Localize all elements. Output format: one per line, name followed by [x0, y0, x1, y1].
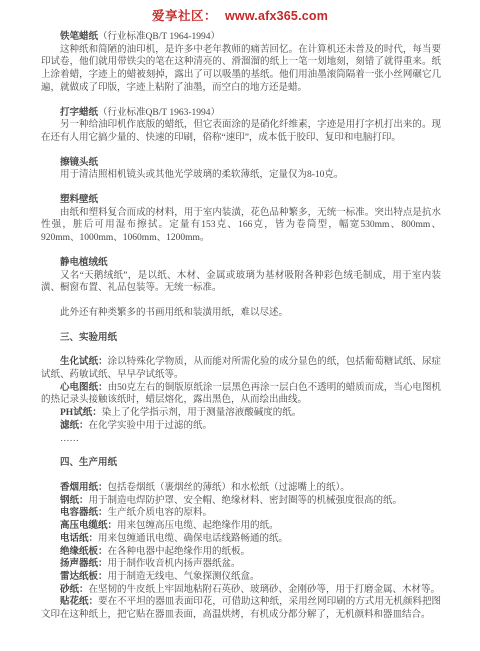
definition-term: 绝缘纸板： [60, 547, 108, 557]
definition-item: 滤纸：在化学实验中用于过滤的纸。 [41, 420, 441, 433]
site-header: 爱享社区：www.afx365.com [0, 0, 480, 24]
definition-text: 用来包缠高压电缆、起绝缘作用的纸。 [117, 521, 279, 531]
definition-text: 用来包缠通讯电缆、确保电话线路畅通的纸。 [98, 534, 288, 544]
definition-term: 砂纸： [60, 585, 89, 595]
definition-text: 染上了化学指示剂，用于测量溶液酸碱度的纸。 [102, 408, 302, 418]
entry-title-text: 打字蜡纸 [60, 108, 98, 118]
definition-term: 高压电缆纸： [60, 521, 117, 531]
paper-entry: 铁笔蜡纸（行业标准QB/T 1964-1994）这种纸和简陋的油印机，是许多中老… [41, 31, 441, 95]
paper-entry: 打字蜡纸（行业标准QB/T 1963-1994）另一种给油印机作底版的蜡纸，但它… [41, 107, 441, 145]
entry-title-line: 擦镜头纸 [41, 157, 441, 170]
site-name-label: 爱享社区： [152, 9, 217, 23]
definition-term: 雷达纸板： [60, 572, 108, 582]
definition-text: 包括卷烟纸（裹烟丝的薄纸）和水松纸（过滤嘴上的纸）。 [108, 483, 350, 493]
definition-list: 生化试纸：涂以特殊化学物质，从而能对所需化验的成分显色的纸，包括葡萄糖试纸、尿症… [41, 356, 441, 445]
definition-item: 贴花纸：要在不平坦的器皿表面印花，可借助这种纸，采用丝网印刷的方式用无机颜料把图… [41, 596, 441, 621]
definition-item: 电容器纸：生产纸介质电容的原料。 [41, 507, 441, 520]
definition-term: 香烟用纸： [60, 483, 108, 493]
definition-term: 钢纸： [60, 496, 89, 506]
document-content: 铁笔蜡纸（行业标准QB/T 1964-1994）这种纸和简陋的油印机，是许多中老… [0, 24, 480, 622]
entry-body-text: 另一种给油印机作底版的蜡纸，但它表面涂的是硝化纤维素，字迹是用打字机打出来的。现… [41, 119, 441, 144]
definition-text: 在各种电器中起绝缘作用的纸板。 [108, 547, 251, 557]
definition-item: 扬声器纸：用于制作收音机内扬声器纸盆。 [41, 558, 441, 571]
entry-title-line: 铁笔蜡纸（行业标准QB/T 1964-1994） [41, 31, 441, 44]
entry-title-line: 塑料壁纸 [41, 194, 441, 207]
definition-item: 香烟用纸：包括卷烟纸（裹烟丝的薄纸）和水松纸（过滤嘴上的纸）。 [41, 482, 441, 495]
entry-title-line: 静电植绒纸 [41, 257, 441, 270]
section-title: 四、生产用纸 [41, 457, 441, 470]
paper-entry: 擦镜头纸用于清洁照相机镜头或其他光学玻璃的柔软薄纸，定量仅为8-10克。 [41, 157, 441, 182]
definition-item: 砂纸：在坚韧的牛皮纸上牢固地粘附石英砂、玻璃砂、金刚砂等，用于打磨金属、木材等。 [41, 584, 441, 597]
definition-item: …… [41, 433, 441, 446]
definition-text: 在坚韧的牛皮纸上牢固地粘附石英砂、玻璃砂、金刚砂等，用于打磨金属、木材等。 [89, 585, 441, 595]
definition-item: 电话纸：用来包缠通讯电缆、确保电话线路畅通的纸。 [41, 533, 441, 546]
definition-item: 绝缘纸板：在各种电器中起绝缘作用的纸板。 [41, 546, 441, 559]
entry-title-text: 静电植绒纸 [60, 258, 108, 268]
closing-paragraph: 此外还有种类繁多的书画用纸和装潢用纸，难以尽述。 [41, 307, 441, 320]
definition-item: 生化试纸：涂以特殊化学物质，从而能对所需化验的成分显色的纸，包括葡萄糖试纸、尿症… [41, 356, 441, 381]
definition-term: 心电图纸： [60, 383, 108, 393]
definition-term: 电话纸： [60, 534, 98, 544]
entry-title-note: （行业标准QB/T 1963-1994） [98, 108, 220, 118]
definition-text: 在化学实验中用于过滤的纸。 [89, 421, 213, 431]
definition-text: …… [60, 434, 79, 444]
entry-title-text: 擦镜头纸 [60, 158, 98, 168]
entry-body-text: 又名“天鹅绒纸”，是以纸、木材、金属或玻璃为基材吸附各种彩色绒毛制成，用于室内装… [41, 270, 441, 295]
entry-title-note: （行业标准QB/T 1964-1994） [98, 32, 220, 42]
definition-text: 用于制造无线电、气象探测仪纸盒。 [108, 572, 260, 582]
definition-text: 用于制作收音机内扬声器纸盆。 [108, 559, 241, 569]
section-title: 三、实验用纸 [41, 332, 441, 345]
paper-entry: 塑料壁纸由纸和塑料复合而成的材料，用于室内装潢，花色品种繁多，无统一标准。突出特… [41, 194, 441, 245]
definition-text: 生产纸介质电容的原料。 [108, 508, 213, 518]
definition-item: 高压电缆纸：用来包缠高压电缆、起绝缘作用的纸。 [41, 520, 441, 533]
definition-term: 生化试纸： [60, 357, 108, 367]
entry-title-text: 铁笔蜡纸 [60, 32, 98, 42]
entry-title-text: 塑料壁纸 [60, 195, 98, 205]
paper-entry: 静电植绒纸又名“天鹅绒纸”，是以纸、木材、金属或玻璃为基材吸附各种彩色绒毛制成，… [41, 257, 441, 295]
entry-body-text: 用于清洁照相机镜头或其他光学玻璃的柔软薄纸，定量仅为8-10克。 [41, 169, 441, 182]
definition-item: 雷达纸板：用于制造无线电、气象探测仪纸盒。 [41, 571, 441, 584]
site-url-text: www.afx365.com [225, 9, 328, 23]
definition-term: 贴花纸： [60, 597, 98, 607]
definition-term: 扬声器纸： [60, 559, 108, 569]
definition-term: 滤纸： [60, 421, 89, 431]
definition-term: PH试纸： [60, 408, 102, 418]
definition-text: 要在不平坦的器皿表面印花，可借助这种纸，采用丝网印刷的方式用无机颜料把图文印在这… [41, 597, 441, 620]
definition-list: 香烟用纸：包括卷烟纸（裹烟丝的薄纸）和水松纸（过滤嘴上的纸）。钢纸：用于制造电焊… [41, 482, 441, 622]
scanned-document-page: 爱享社区：www.afx365.com 铁笔蜡纸（行业标准QB/T 1964-1… [0, 0, 480, 651]
definition-item: 钢纸：用于制造电焊防护罩、安全帽、绝缘材料、密封圈等的机械强度很高的纸。 [41, 495, 441, 508]
definition-term: 电容器纸： [60, 508, 108, 518]
definition-item: PH试纸：染上了化学指示剂，用于测量溶液酸碱度的纸。 [41, 407, 441, 420]
entry-body-text: 由纸和塑料复合而成的材料，用于室内装潢，花色品种繁多，无统一标准。突出特点是抗水… [41, 207, 441, 245]
entry-body-text: 这种纸和简陋的油印机，是许多中老年教师的痛苦回忆。在计算机还未普及的时代，每当要… [41, 44, 441, 95]
definition-item: 心电图纸：由50克左右的铜版原纸涂一层黑色再涂一层白色不透明的蜡质而成，当心电图… [41, 382, 441, 407]
definition-text: 用于制造电焊防护罩、安全帽、绝缘材料、密封圈等的机械强度很高的纸。 [89, 496, 403, 506]
entry-title-line: 打字蜡纸（行业标准QB/T 1963-1994） [41, 107, 441, 120]
